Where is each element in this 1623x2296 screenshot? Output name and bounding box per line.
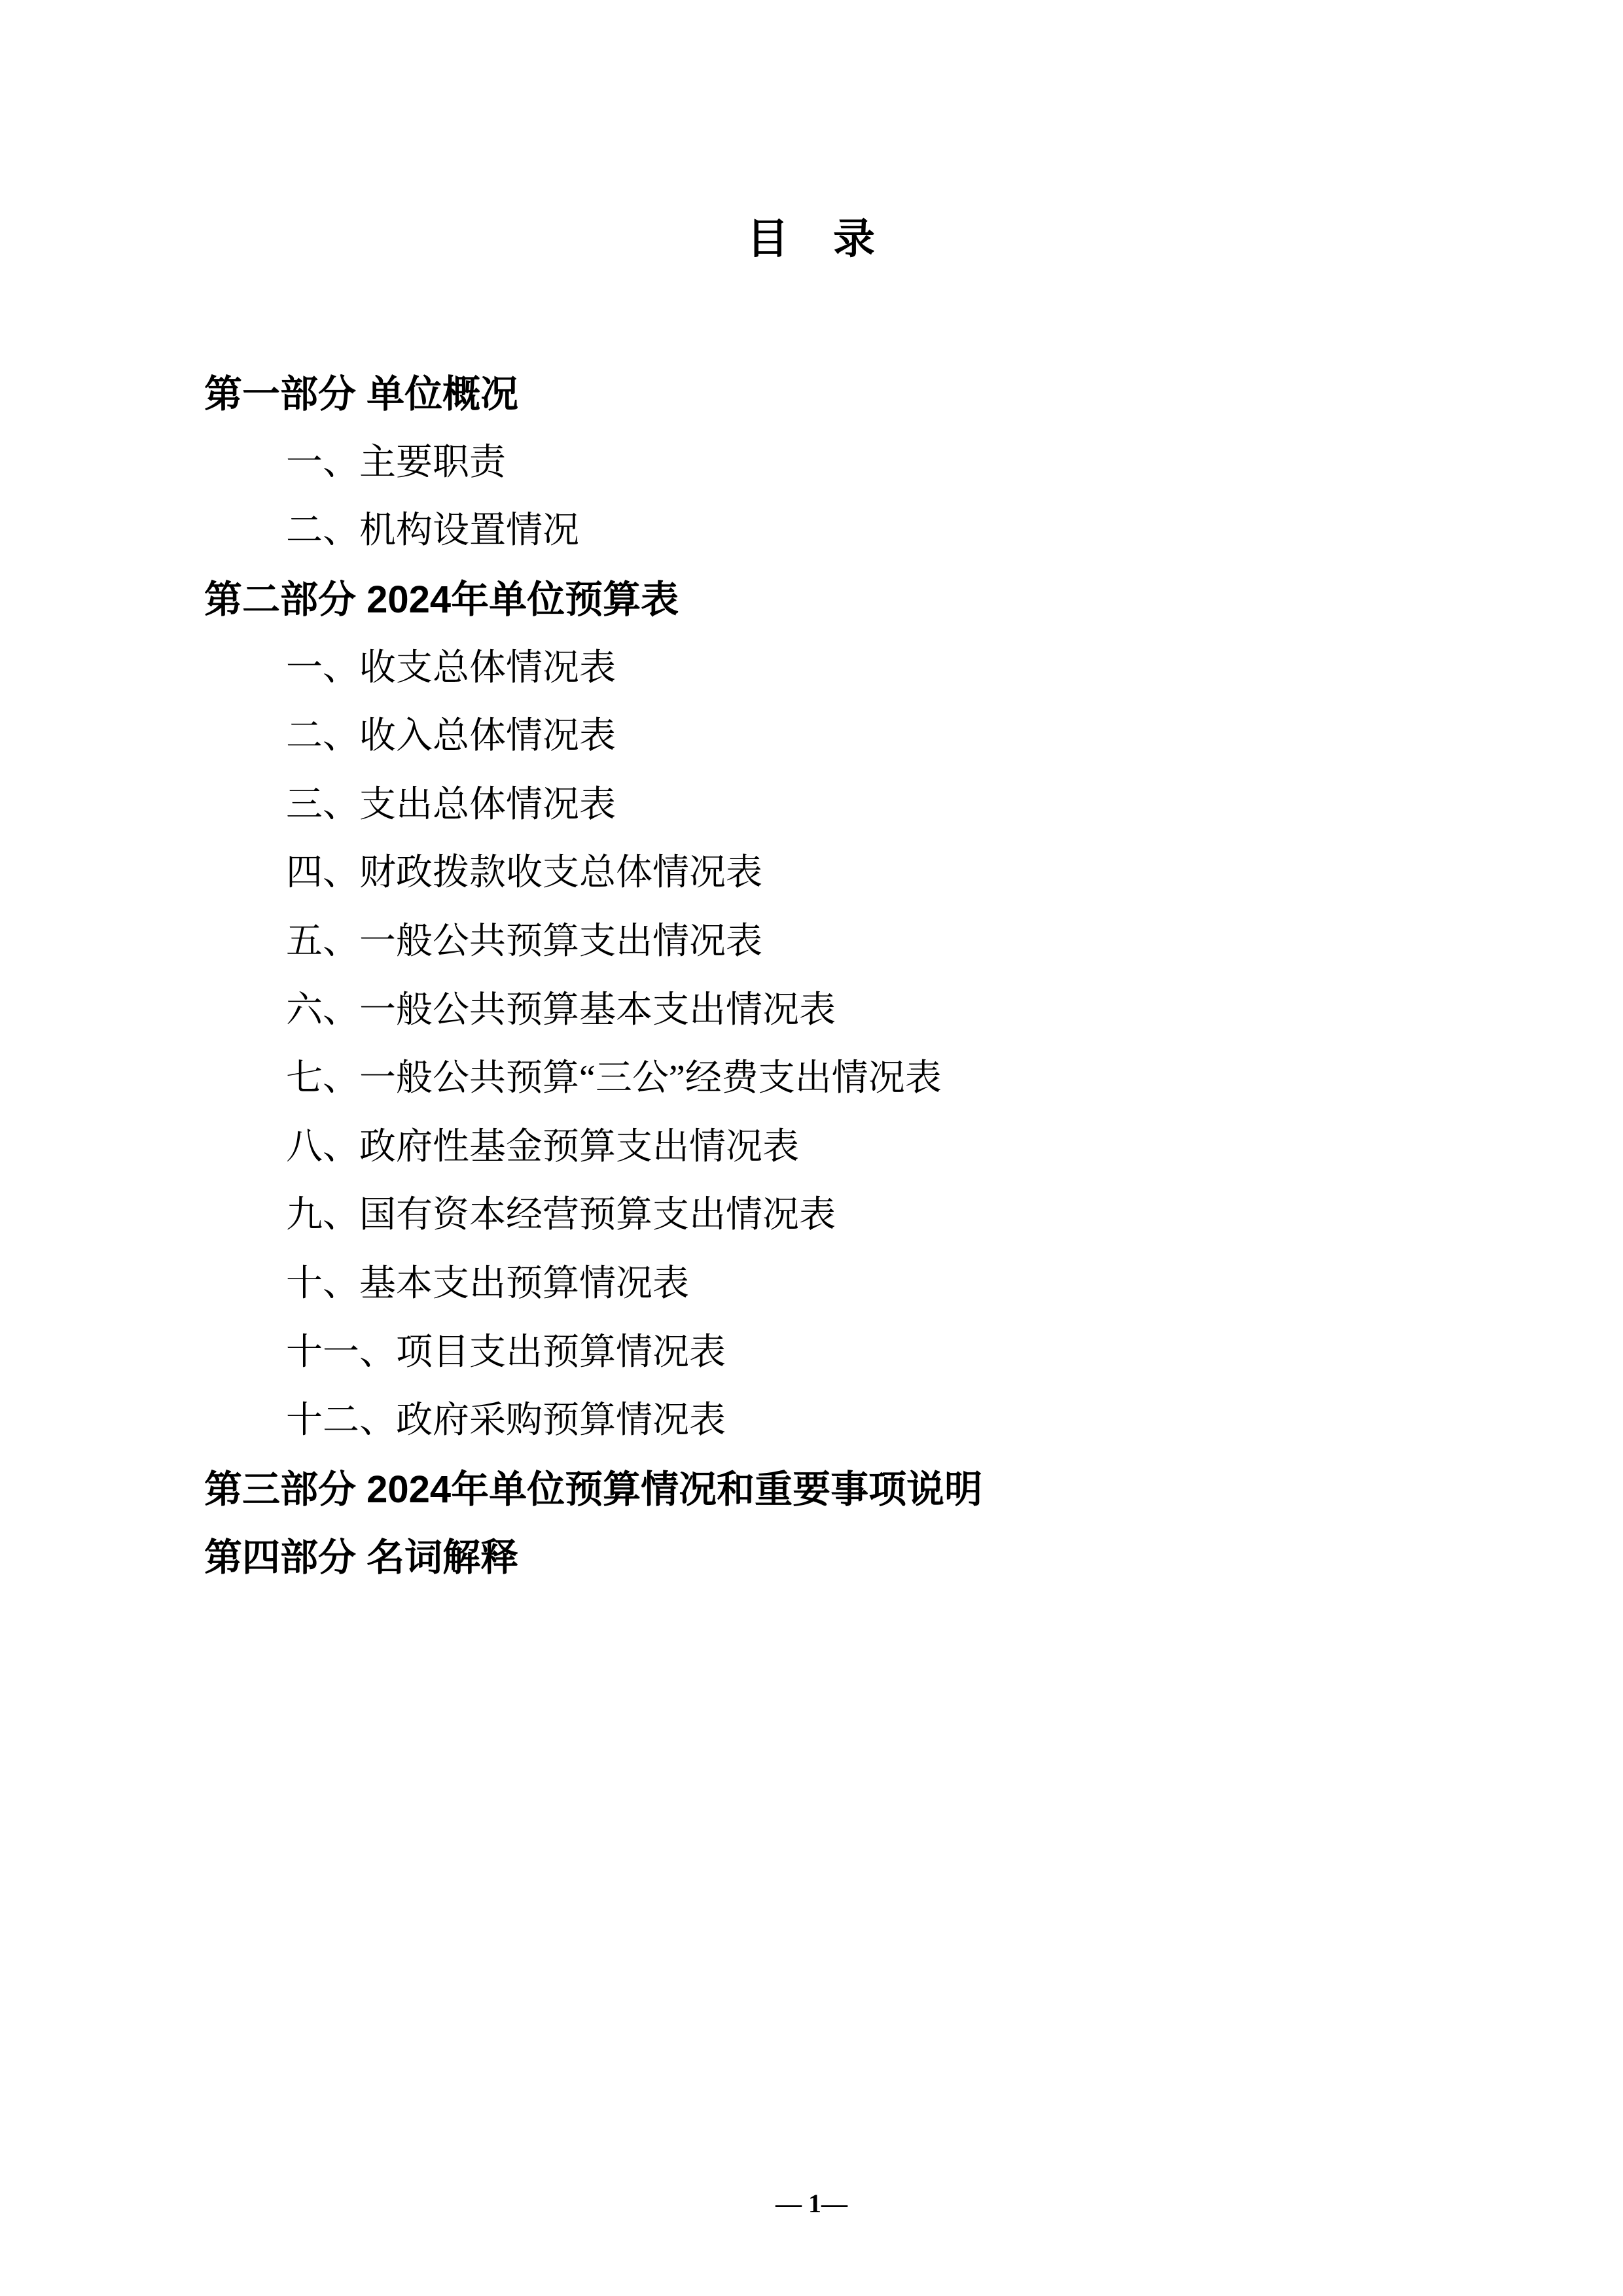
page-title: 目 录	[0, 218, 1623, 260]
toc-section-part3: 第三部分 2024年单位预算情况和重要事项说明	[204, 1452, 1492, 1521]
toc-item-2-7: 七、一般公共预算“三公”经费支出情况表	[204, 1041, 1492, 1110]
table-of-contents: 第一部分 单位概况 一、主要职责 二、机构设置情况 第二部分 2024年单位预算…	[204, 357, 1492, 1589]
document-page: 目 录 第一部分 单位概况 一、主要职责 二、机构设置情况 第二部分 2024年…	[0, 0, 1623, 2296]
toc-item-2-12: 十二、政府采购预算情况表	[204, 1383, 1492, 1452]
toc-item-2-8: 八、政府性基金预算支出情况表	[204, 1110, 1492, 1178]
toc-item-1-1: 一、主要职责	[204, 425, 1492, 494]
toc-item-2-4: 四、财政拨款收支总体情况表	[204, 836, 1492, 904]
toc-section-part4: 第四部分 名词解释	[204, 1520, 1492, 1589]
toc-item-2-5: 五、一般公共预算支出情况表	[204, 904, 1492, 973]
toc-item-1-2: 二、机构设置情况	[204, 493, 1492, 562]
page-number: — 1—	[0, 2191, 1623, 2217]
toc-item-2-3: 三、支出总体情况表	[204, 768, 1492, 836]
toc-item-2-11: 十一、项目支出预算情况表	[204, 1315, 1492, 1383]
toc-item-2-9: 九、国有资本经营预算支出情况表	[204, 1178, 1492, 1246]
toc-item-2-1: 一、收支总体情况表	[204, 630, 1492, 699]
toc-section-part1: 第一部分 单位概况	[204, 357, 1492, 425]
toc-item-2-6: 六、一般公共预算基本支出情况表	[204, 972, 1492, 1041]
toc-section-part2: 第二部分 2024年单位预算表	[204, 562, 1492, 631]
toc-item-2-10: 十、基本支出预算情况表	[204, 1246, 1492, 1315]
toc-item-2-2: 二、收入总体情况表	[204, 699, 1492, 768]
